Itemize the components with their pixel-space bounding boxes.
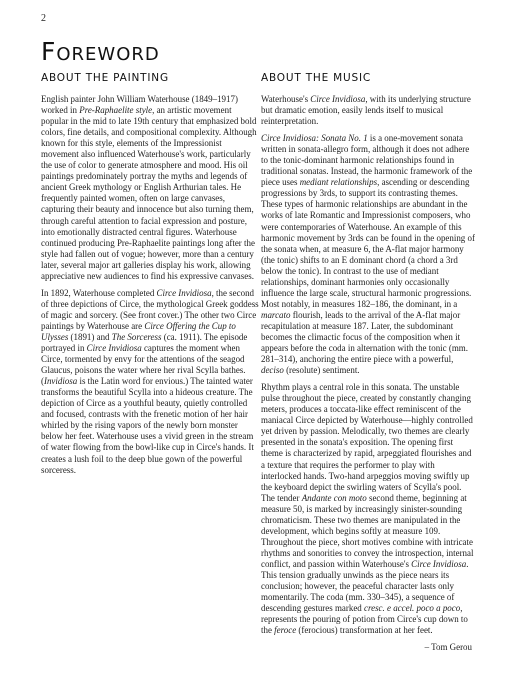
italic-text: Invidiosa [44,376,77,386]
italic-text: cresc. e accel. poco a poco [364,603,460,613]
italic-text: Circe Invidiosa [87,343,142,353]
italic-text: Pre-Raphaelite style [79,105,152,115]
paragraph: English painter John William Waterhouse … [41,94,259,282]
italic-text: mediant relationships [300,177,377,187]
paragraph: In 1892, Waterhouse completed Circe Invi… [41,288,259,476]
italic-text: Andante con moto [302,493,367,503]
italic-text: Circe Invidiosa [310,94,365,104]
italic-text: marcato [261,310,290,320]
section-heading-painting: About the Painting [41,71,259,85]
italic-text: Circe Invidiosa [157,288,212,298]
page-title: Foreword [41,38,160,66]
italic-text: The Sorceress [112,332,162,342]
paragraph: Rhythm plays a central role in this sona… [261,382,476,636]
left-column: About the Painting English painter John … [41,71,259,482]
right-column: About the Music Waterhouse's Circe Invid… [261,71,476,653]
section-heading-music: About the Music [261,71,476,85]
paragraph: Waterhouse's Circe Invidiosa, with its u… [261,94,476,127]
page-number: 2 [41,13,46,24]
italic-text: Circe Invidiosa [411,559,466,569]
italic-text: deciso [261,365,284,375]
document-page: 2 Foreword About the Painting English pa… [0,0,512,683]
paragraph: Circe Invidiosa: Sonata No. 1 is a one-m… [261,133,476,376]
author-signature: – Tom Gerou [261,642,476,653]
italic-text: Circe Invidiosa: Sonata No. 1 [261,133,368,143]
italic-text: feroce [274,625,296,635]
